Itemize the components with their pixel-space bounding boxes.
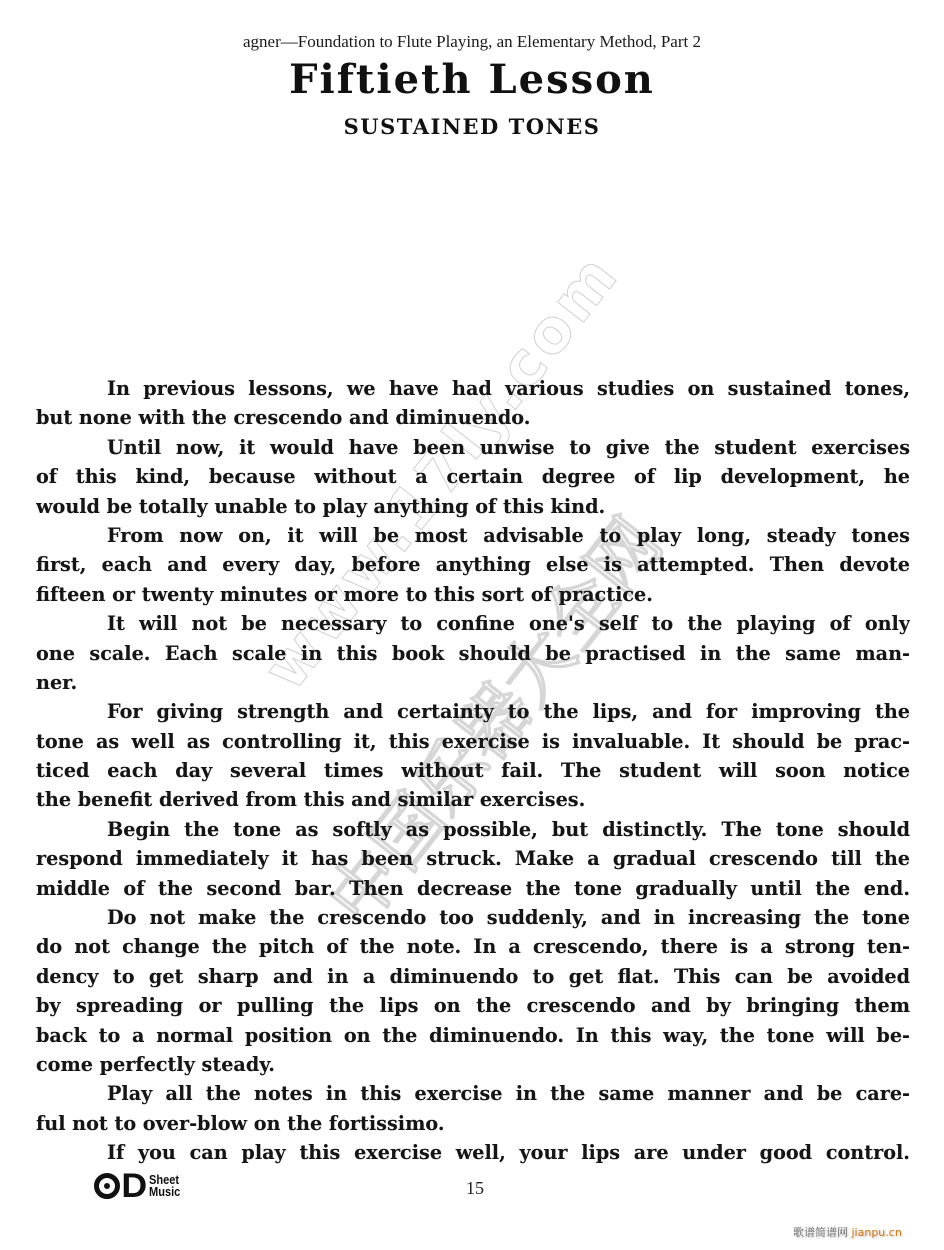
text-line: by spreading or pulling the lips on the … — [36, 991, 910, 1020]
text-line: For giving strength and certainty to the… — [36, 697, 910, 726]
text-line: of this kind, because without a certain … — [36, 462, 910, 491]
text-line: fifteen or twenty minutes or more to thi… — [36, 580, 910, 609]
cd-disc-icon — [94, 1173, 120, 1199]
logo-letter: D — [121, 1172, 147, 1200]
text-line: In previous lessons, we have had various… — [36, 374, 910, 403]
text-line: If you can play this exercise well, your… — [36, 1138, 910, 1167]
text-line: but none with the crescendo and diminuen… — [36, 403, 910, 432]
text-line: tone as well as controlling it, this exe… — [36, 727, 910, 756]
paragraph: If you can play this exercise well, your… — [36, 1138, 910, 1167]
page-subtitle: SUSTAINED TONES — [0, 114, 944, 139]
paragraph: It will not be necessary to confine one'… — [36, 609, 910, 697]
page-number: 15 — [466, 1178, 484, 1199]
lesson-body: In previous lessons, we have had various… — [36, 374, 910, 1168]
text-line: From now on, it will be most advisable t… — [36, 521, 910, 550]
text-line: come perfectly steady. — [36, 1050, 910, 1079]
site-watermark: 歌谱简谱网 jianpu.cn — [793, 1224, 902, 1240]
site-domain: jianpu.cn — [852, 1226, 902, 1239]
paragraph: Until now, it would have been unwise to … — [36, 433, 910, 521]
text-line: one scale. Each scale in this book shoul… — [36, 639, 910, 668]
text-line: Until now, it would have been unwise to … — [36, 433, 910, 462]
paragraph: Do not make the crescendo too suddenly, … — [36, 903, 910, 1079]
text-line: the benefit derived from this and simila… — [36, 785, 910, 814]
paragraph: Play all the notes in this exercise in t… — [36, 1079, 910, 1138]
text-line: Begin the tone as softly as possible, bu… — [36, 815, 910, 844]
text-line: ticed each day several times without fai… — [36, 756, 910, 785]
page-title: Fiftieth Lesson — [0, 56, 944, 103]
text-line: ful not to over-blow on the fortissimo. — [36, 1109, 910, 1138]
paragraph: From now on, it will be most advisable t… — [36, 521, 910, 609]
paragraph: In previous lessons, we have had various… — [36, 374, 910, 433]
text-line: dency to get sharp and in a diminuendo t… — [36, 962, 910, 991]
text-line: first, each and every day, before anythi… — [36, 550, 910, 579]
running-head: agner—Foundation to Flute Playing, an El… — [0, 32, 944, 52]
logo-word-music: Music — [149, 1186, 180, 1198]
logo-wordmark: Sheet Music — [149, 1174, 180, 1198]
text-line: back to a normal position on the diminue… — [36, 1021, 910, 1050]
text-line: It will not be necessary to confine one'… — [36, 609, 910, 638]
text-line: would be totally unable to play anything… — [36, 492, 910, 521]
site-name-chinese: 歌谱简谱网 — [793, 1226, 848, 1239]
text-line: do not change the pitch of the note. In … — [36, 932, 910, 961]
paragraph: For giving strength and certainty to the… — [36, 697, 910, 815]
cd-sheet-music-logo: D Sheet Music — [94, 1172, 185, 1200]
text-line: ner. — [36, 668, 910, 697]
text-line: Do not make the crescendo too suddenly, … — [36, 903, 910, 932]
text-line: respond immediately it has been struck. … — [36, 844, 910, 873]
text-line: middle of the second bar. Then decrease … — [36, 874, 910, 903]
paragraph: Begin the tone as softly as possible, bu… — [36, 815, 910, 903]
text-line: Play all the notes in this exercise in t… — [36, 1079, 910, 1108]
